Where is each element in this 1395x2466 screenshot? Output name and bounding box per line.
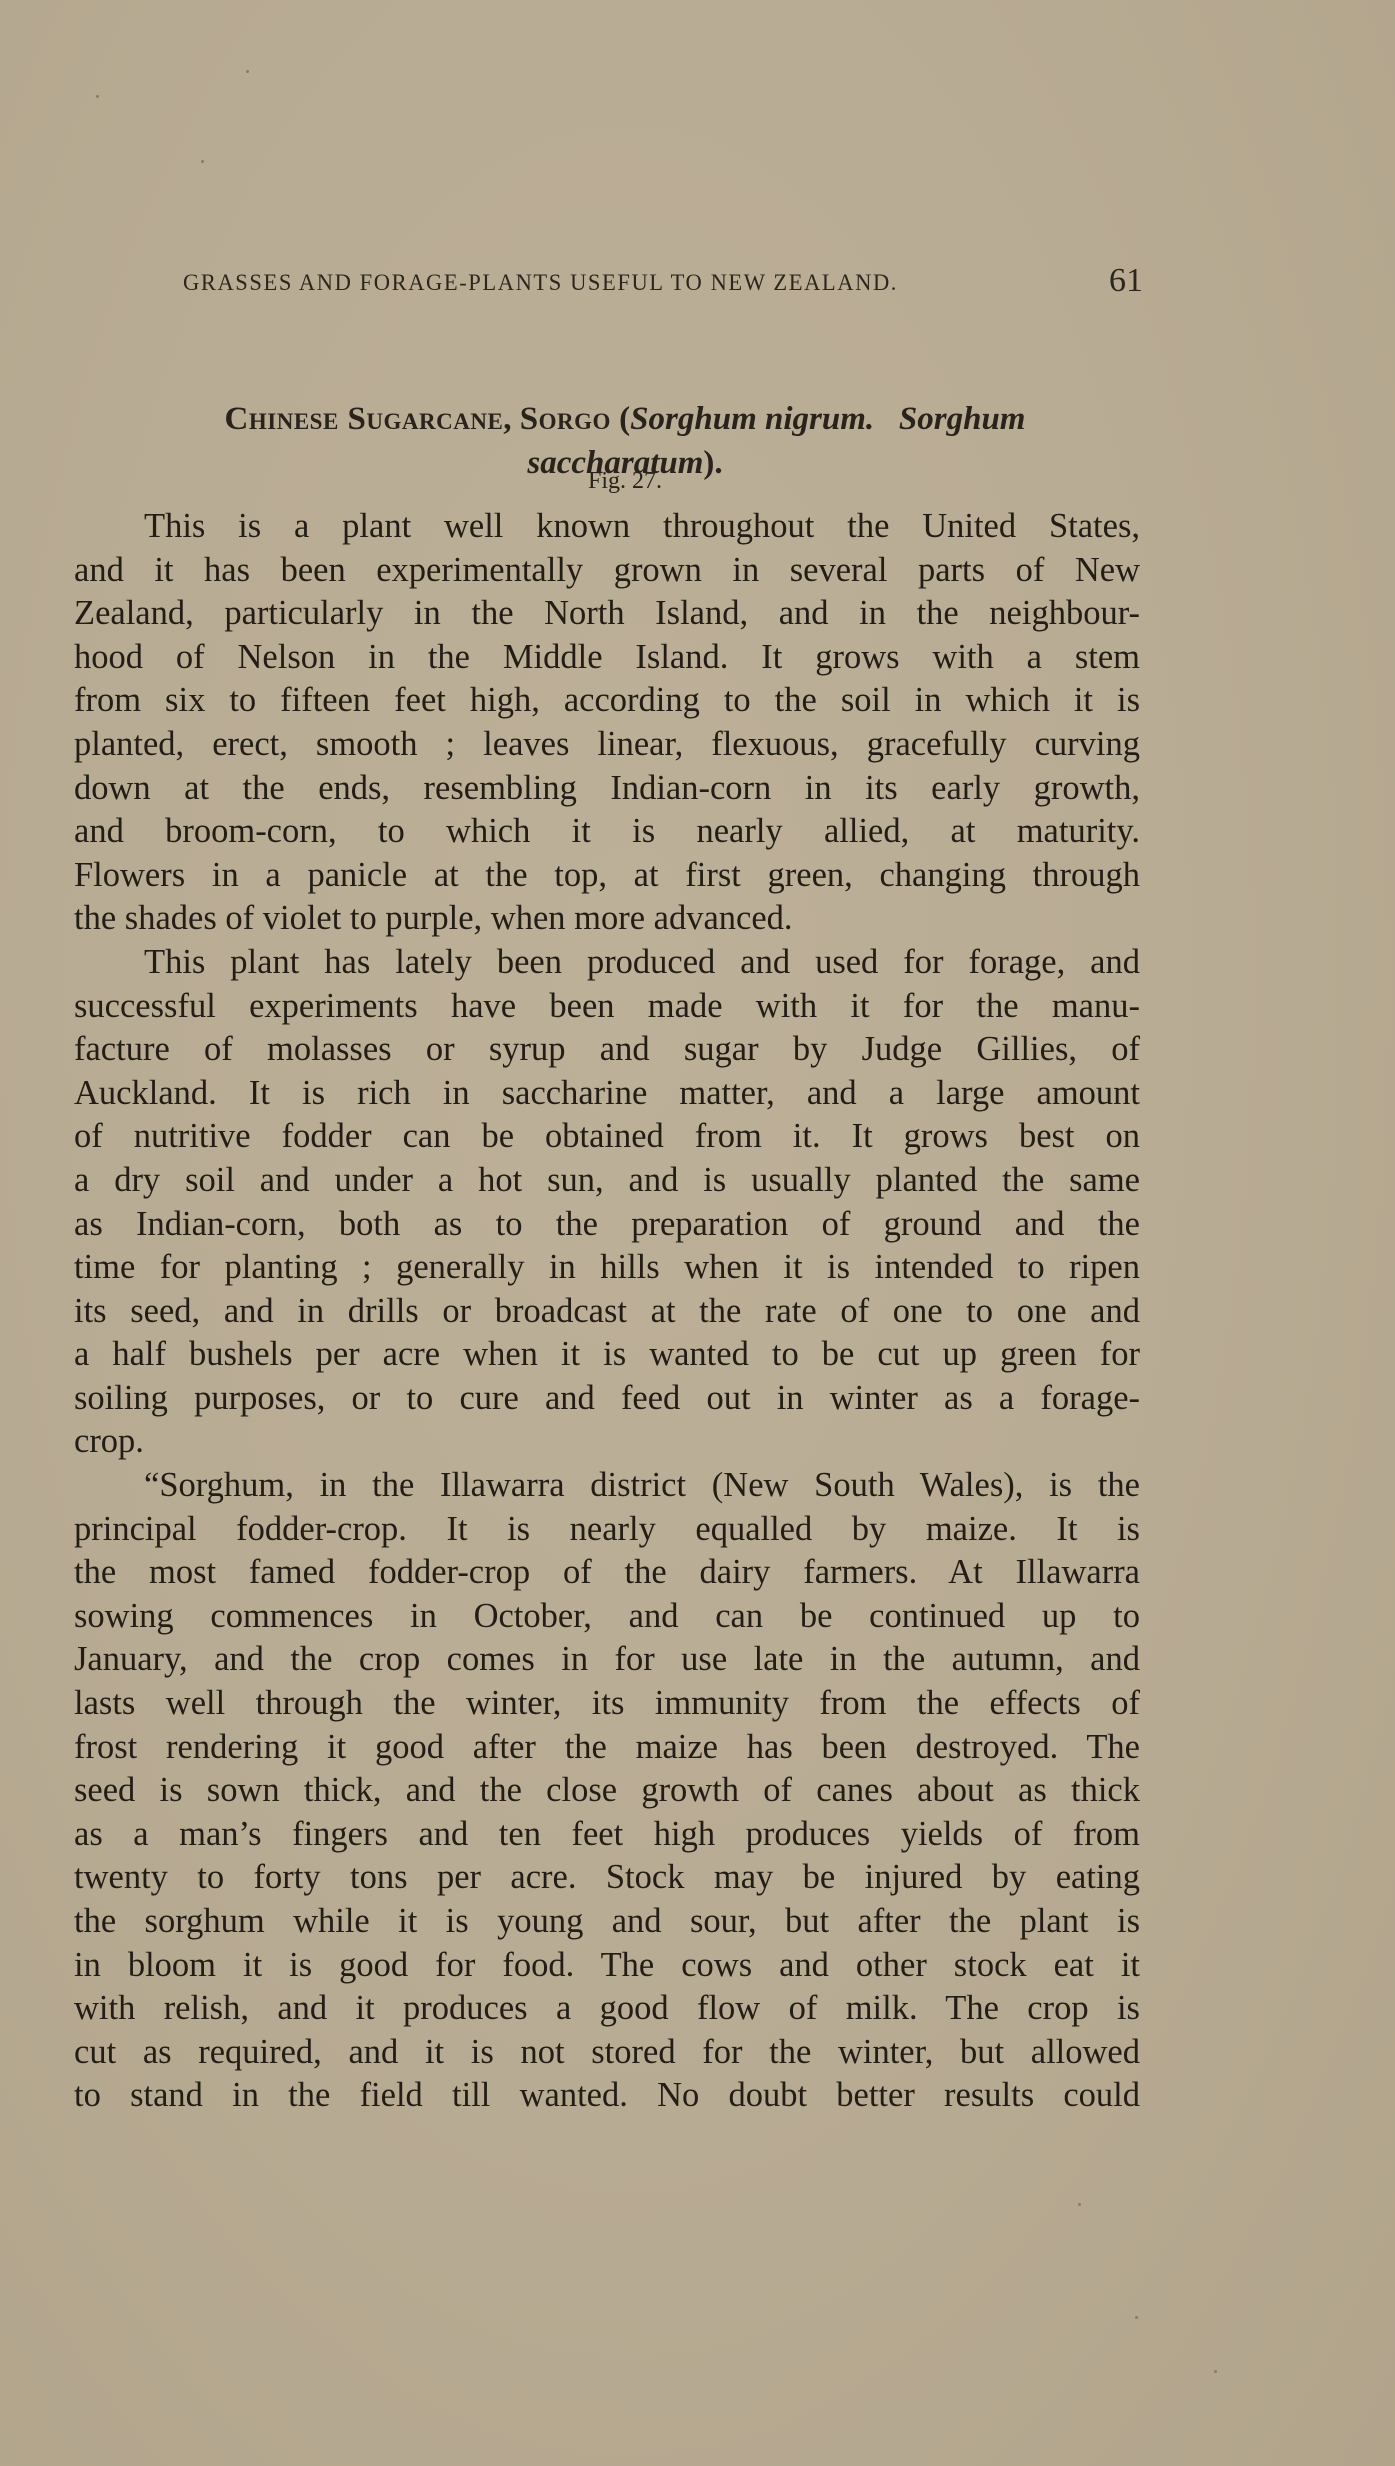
running-head: GRASSES AND FORAGE-PLANTS USEFUL TO NEW … <box>183 262 1143 302</box>
paragraph: This is a plant well known throughout th… <box>74 505 1140 941</box>
text-line: seed is sown thick, and the close growth… <box>74 1769 1140 1813</box>
text-line: as Indian-corn, both as to the preparati… <box>74 1203 1140 1247</box>
title-paren-open: ( <box>611 401 630 437</box>
text-line: twenty to forty tons per acre. Stock may… <box>74 1856 1140 1900</box>
title-separator: , <box>503 401 520 437</box>
paper-speck <box>246 70 249 73</box>
book-page: GRASSES AND FORAGE-PLANTS USEFUL TO NEW … <box>0 0 1395 2466</box>
text-line: Flowers in a panicle at the top, at firs… <box>74 854 1140 898</box>
text-line: facture of molasses or syrup and sugar b… <box>74 1028 1140 1072</box>
title-latin-name-1: Sorghum nigrum. <box>630 401 874 437</box>
text-line: time for planting ; generally in hills w… <box>74 1246 1140 1290</box>
text-line: January, and the crop comes in for use l… <box>74 1638 1140 1682</box>
text-line: soiling purposes, or to cure and feed ou… <box>74 1377 1140 1421</box>
text-line: successful experiments have been made wi… <box>74 985 1140 1029</box>
text-line: of nutritive fodder can be obtained from… <box>74 1115 1140 1159</box>
text-line: lasts well through the winter, its immun… <box>74 1682 1140 1726</box>
text-line: in bloom it is good for food. The cows a… <box>74 1944 1140 1988</box>
text-line: planted, erect, smooth ; leaves linear, … <box>74 723 1140 767</box>
paper-speck <box>201 160 204 163</box>
text-line: frost rendering it good after the maize … <box>74 1726 1140 1770</box>
figure-label: Fig. 27. <box>120 468 1130 495</box>
paper-speck <box>1078 2203 1081 2206</box>
body-text: This is a plant well known throughout th… <box>74 505 1140 2118</box>
text-line: This plant has lately been produced and … <box>74 941 1140 985</box>
text-line: a half bushels per acre when it is wante… <box>74 1333 1140 1377</box>
paper-speck <box>96 95 99 98</box>
text-line: “Sorghum, in the Illawarra district (New… <box>74 1464 1140 1508</box>
text-line: down at the ends, resembling Indian-corn… <box>74 767 1140 811</box>
text-line: a dry soil and under a hot sun, and is u… <box>74 1159 1140 1203</box>
paragraph: “Sorghum, in the Illawarra district (New… <box>74 1464 1140 2118</box>
running-title: GRASSES AND FORAGE-PLANTS USEFUL TO NEW … <box>183 270 898 296</box>
text-line: the most famed fodder-crop of the dairy … <box>74 1551 1140 1595</box>
text-line: Zealand, particularly in the North Islan… <box>74 592 1140 636</box>
text-line: This is a plant well known throughout th… <box>74 505 1140 549</box>
text-line: to stand in the field till wanted. No do… <box>74 2074 1140 2118</box>
text-line: its seed, and in drills or broadcast at … <box>74 1290 1140 1334</box>
text-line: hood of Nelson in the Middle Island. It … <box>74 636 1140 680</box>
paper-speck <box>1214 2370 1217 2373</box>
text-line: and it has been experimentally grown in … <box>74 549 1140 593</box>
text-line: sowing commences in October, and can be … <box>74 1595 1140 1639</box>
text-line: from six to fifteen feet high, according… <box>74 679 1140 723</box>
text-line: cut as required, and it is not stored fo… <box>74 2031 1140 2075</box>
paragraph: This plant has lately been produced and … <box>74 941 1140 1464</box>
text-line: as a man’s fingers and ten feet high pro… <box>74 1813 1140 1857</box>
title-latin-name-2: Sorghum <box>899 401 1026 437</box>
text-line: principal fodder-crop. It is nearly equa… <box>74 1508 1140 1552</box>
text-line: and broom-corn, to which it is nearly al… <box>74 810 1140 854</box>
text-line: the shades of violet to purple, when mor… <box>74 897 1140 941</box>
text-line: Auckland. It is rich in saccharine matte… <box>74 1072 1140 1116</box>
title-alt-name: Sorgo <box>520 401 611 437</box>
text-line: with relish, and it produces a good flow… <box>74 1987 1140 2031</box>
text-line: the sorghum while it is young and sour, … <box>74 1900 1140 1944</box>
text-line: crop. <box>74 1420 1140 1464</box>
page-number: 61 <box>1109 262 1143 300</box>
paper-speck <box>1135 2316 1138 2319</box>
title-common-name: Chinese Sugarcane <box>225 401 504 437</box>
